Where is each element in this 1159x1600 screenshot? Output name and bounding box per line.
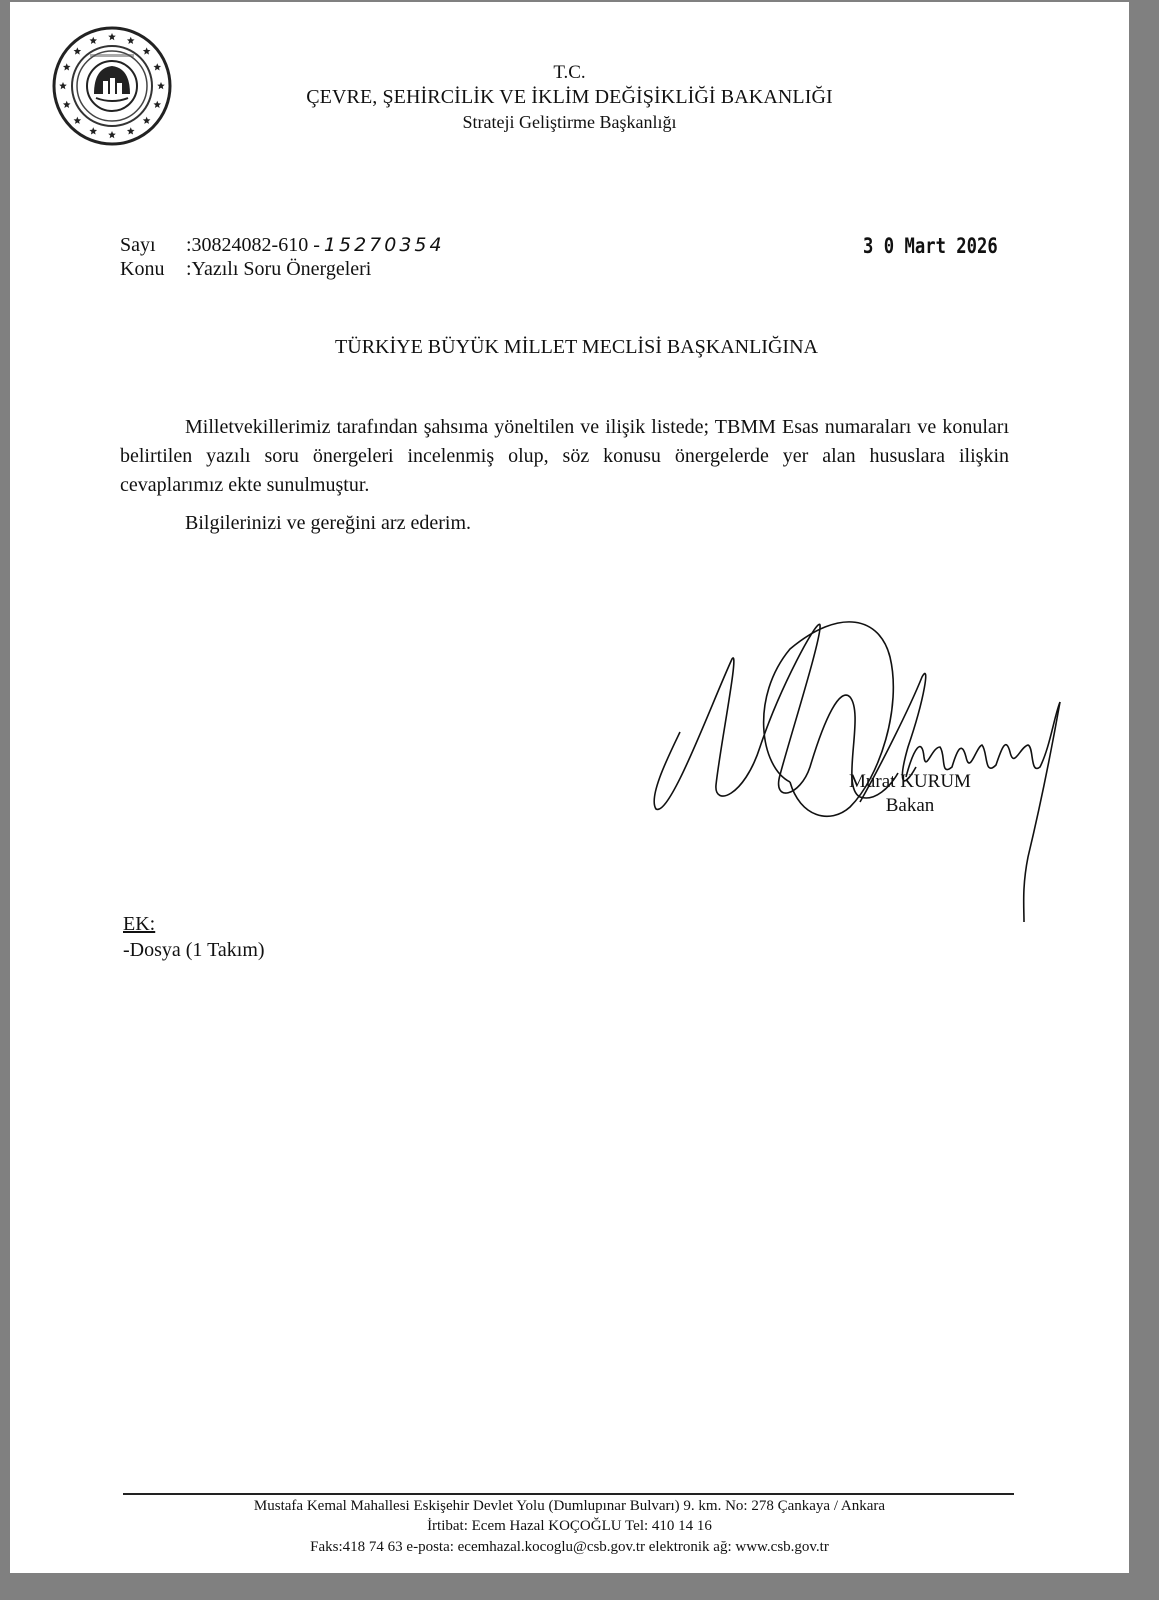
letterhead-ministry: ÇEVRE, ŞEHİRCİLİK VE İKLİM DEĞİŞİKLİĞİ B… <box>10 86 1129 109</box>
footer-contact: İrtibat: Ecem Hazal KOÇOĞLU Tel: 410 14 … <box>10 1518 1129 1535</box>
footer-fax-email-web: Faks:418 74 63 e-posta: ecemhazal.kocogl… <box>10 1539 1129 1556</box>
konu-label: Konu <box>120 258 186 281</box>
letterhead-country: T.C. <box>10 62 1129 84</box>
date-stamp: 3 0 Mart 2026 <box>863 234 998 258</box>
footer-divider <box>123 1493 1014 1495</box>
closing-line: Bilgilerinizi ve gereğini arz ederim. <box>185 512 471 535</box>
attachment-item: -Dosya (1 Takım) <box>123 939 265 962</box>
addressee: TÜRKİYE BÜYÜK MİLLET MECLİSİ BAŞKANLIĞIN… <box>10 336 1129 359</box>
attachments-label: EK: <box>123 913 155 936</box>
sayi-value: :30824082-610 - <box>186 234 320 257</box>
body-paragraph: Milletvekillerimiz tarafından şahsıma yö… <box>120 413 1009 500</box>
sayi-label: Sayı <box>120 234 186 257</box>
sayi-row: Sayı :30824082-610 - 15270354 <box>120 234 445 257</box>
konu-row: Konu :Yazılı Soru Önergeleri <box>120 258 371 281</box>
document-page: T.C. ÇEVRE, ŞEHİRCİLİK VE İKLİM DEĞİŞİKL… <box>10 2 1129 1573</box>
signer-name: Murat KURUM <box>825 771 995 793</box>
konu-value: :Yazılı Soru Önergeleri <box>186 258 371 281</box>
letterhead-department: Strateji Geliştirme Başkanlığı <box>10 112 1129 133</box>
footer-address: Mustafa Kemal Mahallesi Eskişehir Devlet… <box>10 1498 1129 1515</box>
sayi-handwritten-number: 15270354 <box>324 234 445 257</box>
handwritten-signature <box>640 597 1090 937</box>
signer-title: Bakan <box>825 795 995 817</box>
